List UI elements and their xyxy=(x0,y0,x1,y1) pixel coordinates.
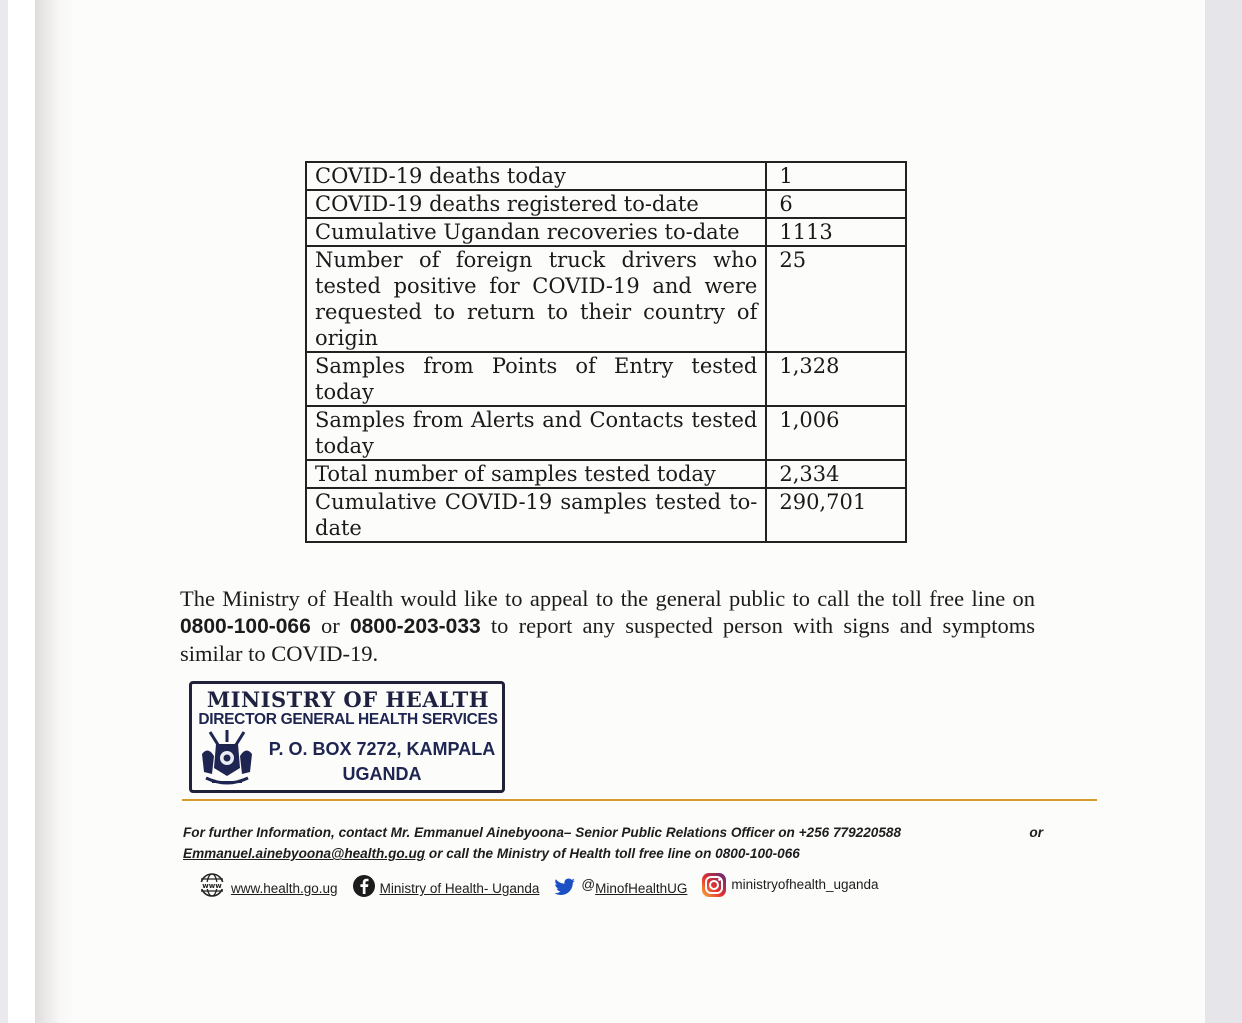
contact-text: or call the Ministry of Health toll free… xyxy=(425,846,800,861)
facebook-icon xyxy=(352,874,376,898)
row-value: 2,334 xyxy=(766,460,906,488)
instagram-link[interactable]: ministryofhealth_uganda xyxy=(731,877,878,898)
table-row: Samples from Alerts and Contacts tested … xyxy=(306,406,906,460)
social-instagram[interactable]: ministryofhealth_uganda xyxy=(701,872,878,898)
footer-contact-info: For further Information, contact Mr. Emm… xyxy=(183,822,1043,864)
social-website[interactable]: www www.health.go.ug xyxy=(197,872,338,898)
row-value: 290,701 xyxy=(766,488,906,542)
row-label: Total number of samples tested today xyxy=(306,460,766,488)
appeal-text: The Ministry of Health would like to app… xyxy=(180,586,1035,611)
social-links: www www.health.go.ug Ministry of Health-… xyxy=(197,868,893,898)
row-label: COVID-19 deaths today xyxy=(306,162,766,190)
row-label: Cumulative COVID-19 samples tested to-da… xyxy=(306,488,766,542)
toll-free-number-2: 0800-203-033 xyxy=(350,615,481,638)
row-label: Samples from Points of Entry tested toda… xyxy=(306,352,766,406)
footer-divider xyxy=(182,799,1097,801)
uganda-coat-of-arms-icon xyxy=(198,728,256,790)
table-row: Samples from Points of Entry tested toda… xyxy=(306,352,906,406)
row-value: 1 xyxy=(766,162,906,190)
stamp-address: P. O. BOX 7272, KAMPALA xyxy=(260,739,504,760)
left-margin xyxy=(8,0,35,1023)
row-value: 6 xyxy=(766,190,906,218)
row-label: COVID-19 deaths registered to-date xyxy=(306,190,766,218)
twitter-handle-prefix: @ xyxy=(581,877,595,898)
stamp-title: MINISTRY OF HEALTH xyxy=(198,687,498,712)
right-edge xyxy=(1205,0,1242,1023)
contact-text-end: or xyxy=(1029,822,1043,843)
facebook-link[interactable]: Ministry of Health- Uganda xyxy=(380,881,540,898)
appeal-text: or xyxy=(311,613,350,638)
row-value: 25 xyxy=(766,246,906,352)
row-value: 1113 xyxy=(766,218,906,246)
covid-stats-table: COVID-19 deaths today 1 COVID-19 deaths … xyxy=(305,161,907,543)
twitter-icon xyxy=(553,876,577,898)
row-value: 1,006 xyxy=(766,406,906,460)
ministry-stamp: MINISTRY OF HEALTH DIRECTOR GENERAL HEAL… xyxy=(189,681,505,793)
row-label: Cumulative Ugandan recoveries to-date xyxy=(306,218,766,246)
row-label: Number of foreign truck drivers who test… xyxy=(306,246,766,352)
svg-text:www: www xyxy=(202,882,222,890)
toll-free-number-1: 0800-100-066 xyxy=(180,615,311,638)
globe-www-icon: www xyxy=(197,872,227,898)
contact-email-link[interactable]: Emmanuel.ainebyoona@health.go.ug xyxy=(183,846,425,861)
page-fold-shadow xyxy=(35,0,75,1023)
stamp-subtitle: DIRECTOR GENERAL HEALTH SERVICES xyxy=(196,711,500,729)
social-facebook[interactable]: Ministry of Health- Uganda xyxy=(352,874,540,898)
row-value: 1,328 xyxy=(766,352,906,406)
table-row: Cumulative Ugandan recoveries to-date 11… xyxy=(306,218,906,246)
table-row: COVID-19 deaths registered to-date 6 xyxy=(306,190,906,218)
social-twitter[interactable]: @MinofHealthUG xyxy=(553,876,687,898)
table-row: Number of foreign truck drivers who test… xyxy=(306,246,906,352)
stamp-country: UGANDA xyxy=(260,764,504,785)
table-row: Total number of samples tested today 2,3… xyxy=(306,460,906,488)
contact-text: For further Information, contact Mr. Emm… xyxy=(183,822,901,843)
row-label: Samples from Alerts and Contacts tested … xyxy=(306,406,766,460)
website-link[interactable]: www.health.go.ug xyxy=(231,881,338,898)
table-row: COVID-19 deaths today 1 xyxy=(306,162,906,190)
table-row: Cumulative COVID-19 samples tested to-da… xyxy=(306,488,906,542)
appeal-paragraph: The Ministry of Health would like to app… xyxy=(180,585,1035,667)
twitter-link[interactable]: MinofHealthUG xyxy=(595,881,687,898)
instagram-icon xyxy=(701,872,727,898)
